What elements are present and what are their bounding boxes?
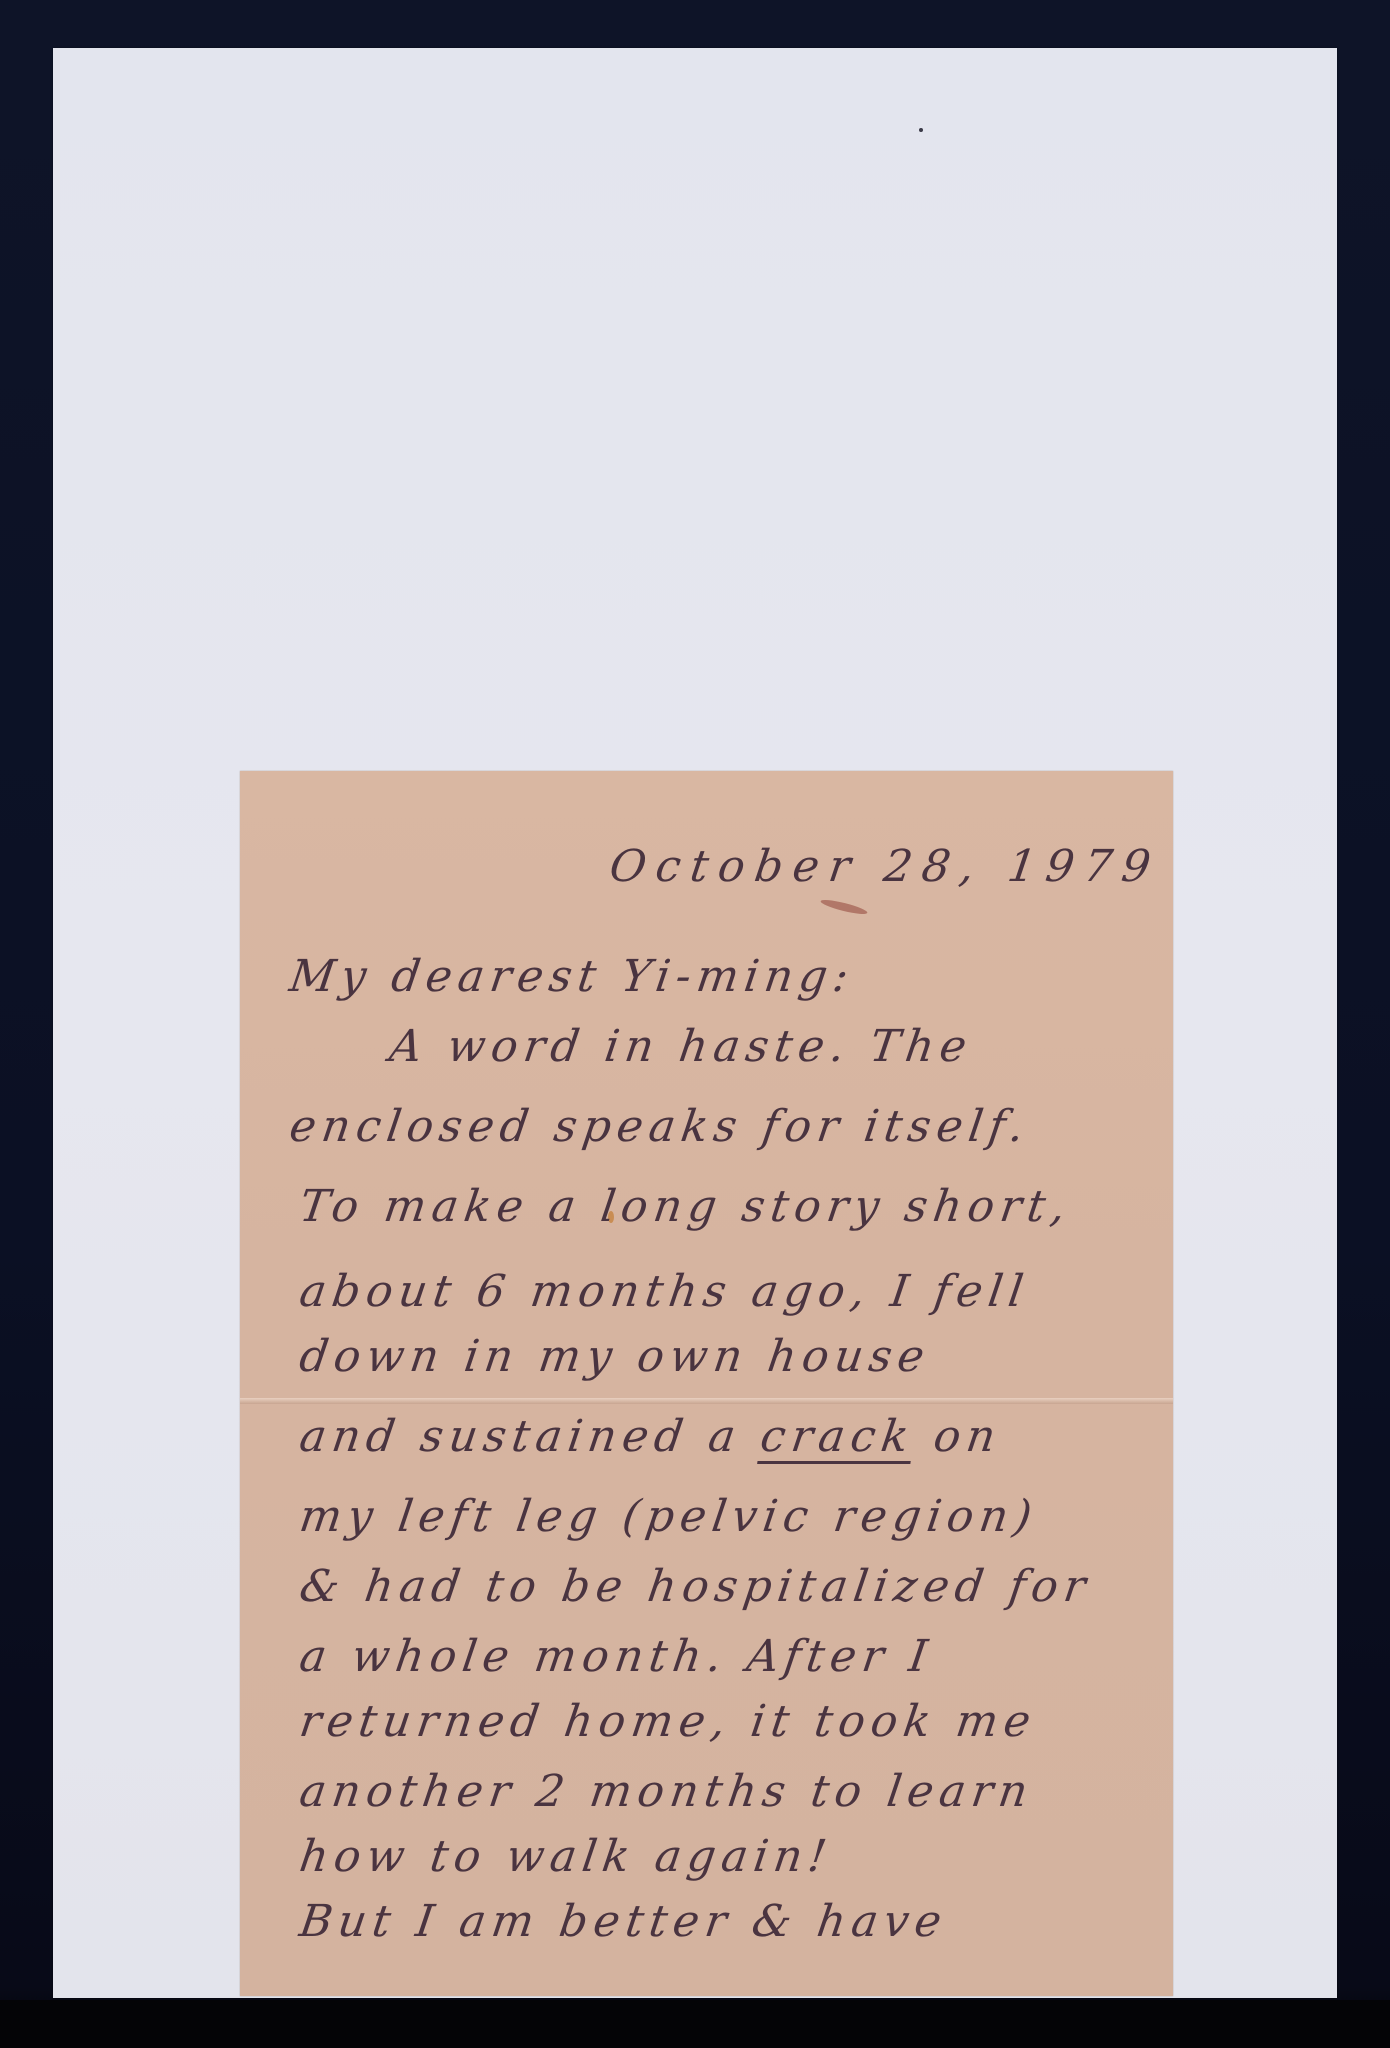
letter-line: and sustained a crack on bbox=[296, 1411, 1004, 1462]
letter-line: down in my own house bbox=[296, 1331, 933, 1382]
letter-line: But I am better & have bbox=[296, 1896, 950, 1947]
letter-line: my left leg (pelvic region) bbox=[296, 1491, 1040, 1542]
letter-salutation: My dearest Yi-ming: bbox=[286, 951, 857, 1002]
letter-line: another 2 months to learn bbox=[296, 1766, 1036, 1817]
letter-line: A word in haste. The bbox=[386, 1021, 975, 1072]
letter-line: enclosed speaks for itself. bbox=[286, 1101, 1033, 1152]
underlined-word: crack bbox=[757, 1411, 917, 1462]
handwritten-letter-page: October 28, 1979 My dearest Yi-ming: A w… bbox=[240, 771, 1173, 1996]
fold-crease bbox=[240, 1398, 1173, 1404]
bottom-shadow bbox=[0, 2000, 1390, 2048]
letter-line: about 6 months ago, I fell bbox=[296, 1266, 1032, 1317]
ink-smudge bbox=[820, 897, 869, 916]
letter-line: how to walk again! bbox=[296, 1831, 835, 1882]
letter-line: To make a long story short, bbox=[296, 1181, 1074, 1232]
letter-text: and sustained a bbox=[296, 1411, 744, 1462]
letter-line: & had to be hospitalized for bbox=[296, 1561, 1094, 1612]
letter-line: returned home, it took me bbox=[296, 1696, 1039, 1747]
dust-speck bbox=[919, 128, 923, 132]
letter-line: a whole month. After I bbox=[296, 1631, 936, 1682]
letter-text: on bbox=[931, 1411, 1005, 1462]
letter-date: October 28, 1979 bbox=[606, 841, 1163, 892]
